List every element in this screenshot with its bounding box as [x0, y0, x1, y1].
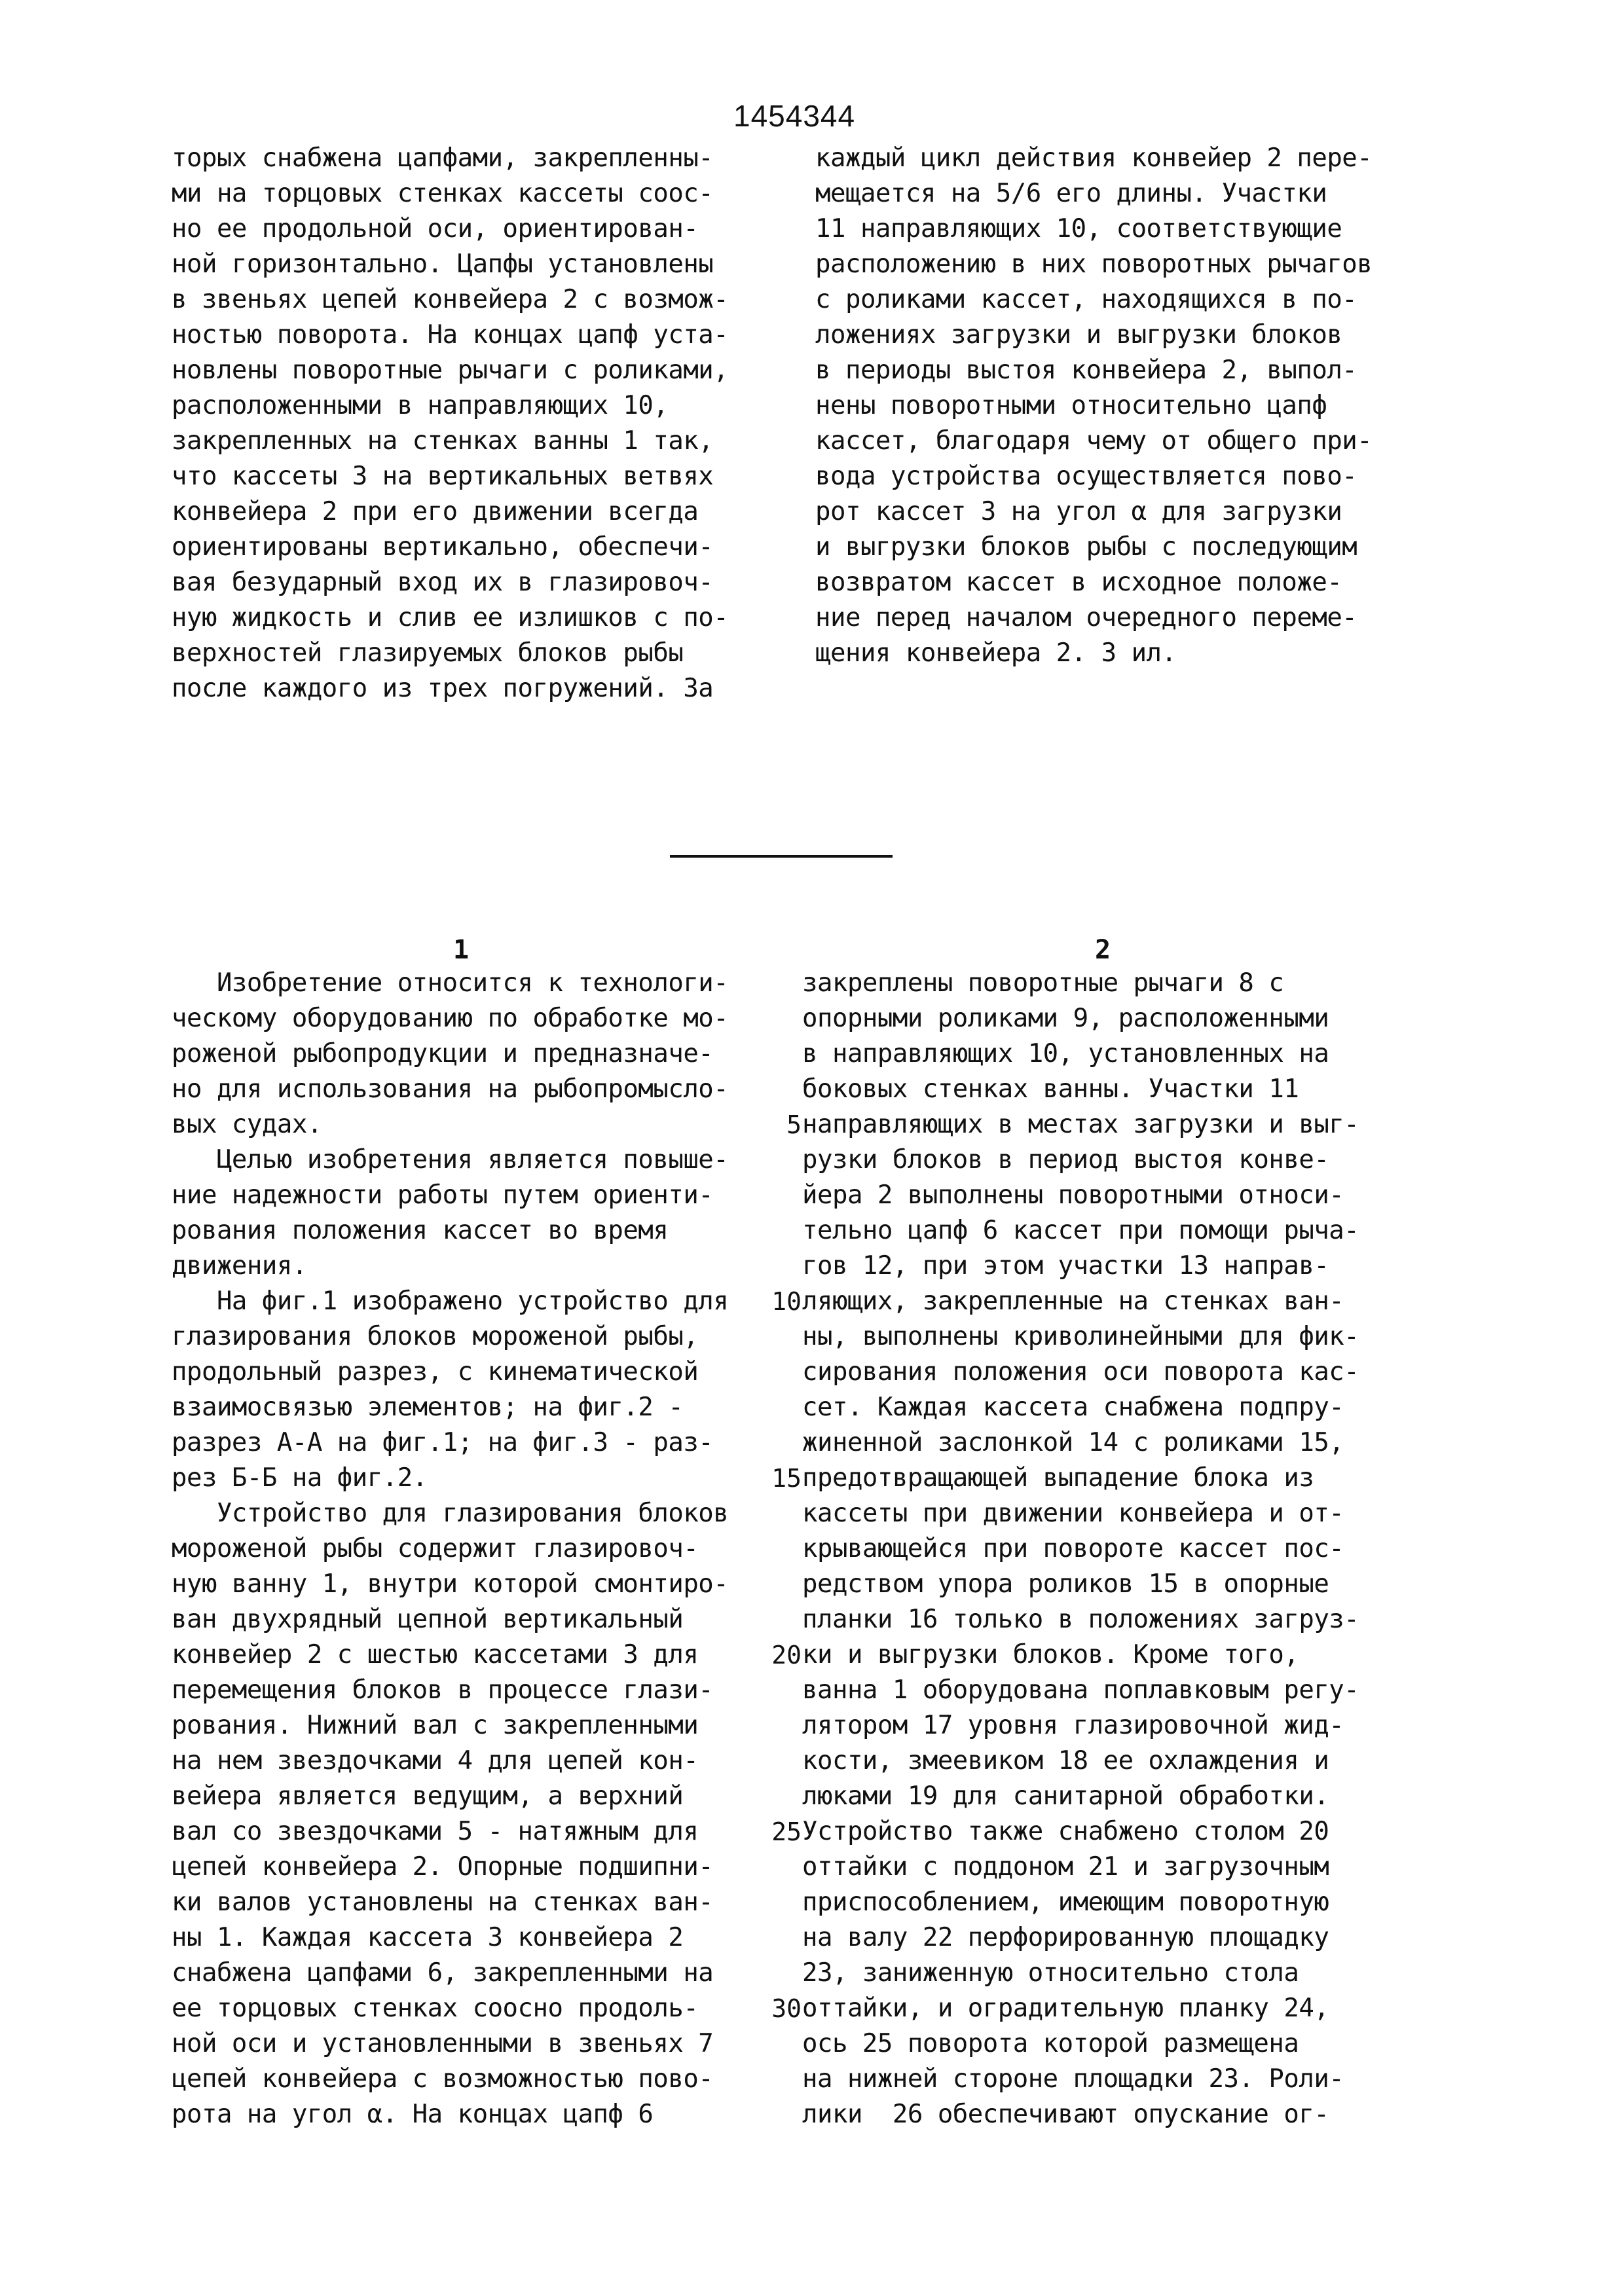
patent-number: 1454344 — [733, 98, 855, 134]
text-line: Целью изобретения является повыше- — [172, 1142, 728, 1178]
text-line: Изобретение относится к технологи- — [172, 966, 728, 1001]
text-line: но для использования на рыбопромысло- — [172, 1072, 728, 1107]
text-line: и выгрузки блоков рыбы с последующим — [815, 530, 1372, 565]
text-line: возвратом кассет в исходное положе- — [815, 565, 1372, 600]
text-line: кассеты при движении конвейера и от- — [802, 1496, 1359, 1531]
text-line: на нем звездочками 4 для цепей кон- — [172, 1743, 728, 1779]
text-line: ляющих, закрепленные на стенках ван- — [802, 1284, 1359, 1319]
abstract-left-column: торых снабжена цапфами, закрепленны-ми н… — [172, 141, 728, 706]
text-line: роженой рыбопродукции и предназначе- — [172, 1036, 728, 1072]
text-line: на нижней стороне площадки 23. Роли- — [802, 2062, 1359, 2097]
text-line: перемещения блоков в процессе глази- — [172, 1673, 728, 1708]
text-line: ной горизонтально. Цапфы установлены — [172, 247, 728, 282]
description-column-2: закреплены поворотные рычаги 8 сопорными… — [802, 966, 1359, 2132]
text-line: 23, заниженную относительно стола — [802, 1956, 1359, 1991]
text-line: ось 25 поворота которой размещена — [802, 2026, 1359, 2062]
text-line: люками 19 для санитарной обработки. — [802, 1779, 1359, 1814]
text-line: в звеньях цепей конвейера 2 с возмож- — [172, 282, 728, 318]
text-line: оттайки, и оградительную планку 24, — [802, 1991, 1359, 2026]
section-divider — [670, 855, 893, 858]
text-line: ны 1. Каждая кассета 3 конвейера 2 — [172, 1920, 728, 1956]
text-line: новлены поворотные рычаги с роликами, — [172, 353, 728, 388]
text-line: что кассеты 3 на вертикальных ветвях — [172, 459, 728, 494]
text-line: ностью поворота. На концах цапф уста- — [172, 318, 728, 353]
text-line: мороженой рыбы содержит глазировоч- — [172, 1531, 728, 1567]
text-line: йера 2 выполнены поворотными относи- — [802, 1178, 1359, 1213]
text-line: глазирования блоков мороженой рыбы, — [172, 1319, 728, 1355]
text-line: расположению в них поворотных рычагов — [815, 247, 1372, 282]
text-line: ван двухрядный цепной вертикальный — [172, 1602, 728, 1637]
text-line: кассет, благодаря чему от общего при- — [815, 424, 1372, 459]
text-line: сет. Каждая кассета снабжена подпру- — [802, 1390, 1359, 1425]
text-line: ны, выполнены криволинейными для фик- — [802, 1319, 1359, 1355]
description-column-1: Изобретение относится к технологи-ческом… — [172, 966, 728, 2132]
column-number-1: 1 — [453, 935, 469, 965]
text-line: цепей конвейера с возможностью пово- — [172, 2062, 728, 2097]
text-line: ми на торцовых стенках кассеты соос- — [172, 176, 728, 211]
text-line: рот кассет 3 на угол α для загрузки — [815, 494, 1372, 530]
line-number: 30 — [771, 1991, 802, 2026]
text-line: после каждого из трех погружений. За — [172, 671, 728, 706]
text-line: ки валов установлены на стенках ван- — [172, 1885, 728, 1920]
text-line: боковых стенках ванны. Участки 11 — [802, 1072, 1359, 1107]
text-line: кости, змеевиком 18 ее охлаждения и — [802, 1743, 1359, 1779]
line-number: 15 — [771, 1461, 802, 1496]
text-line: закрепленных на стенках ванны 1 так, — [172, 424, 728, 459]
text-line: ее торцовых стенках соосно продоль- — [172, 1991, 728, 2026]
text-line: каждый цикл действия конвейер 2 пере- — [815, 141, 1372, 176]
text-line: рования положения кассет во время — [172, 1213, 728, 1248]
text-line: щения конвейера 2. 3 ил. — [815, 636, 1372, 671]
text-line: сирования положения оси поворота кас- — [802, 1355, 1359, 1390]
text-line: крывающейся при повороте кассет пос- — [802, 1531, 1359, 1567]
line-number: 20 — [771, 1637, 802, 1673]
text-line: с роликами кассет, находящихся в по- — [815, 282, 1372, 318]
text-line: конвейера 2 при его движении всегда — [172, 494, 728, 530]
text-line: ную ванну 1, внутри которой смонтиро- — [172, 1567, 728, 1602]
text-line: закреплены поворотные рычаги 8 с — [802, 966, 1359, 1001]
text-line: редством упора роликов 15 в опорные — [802, 1567, 1359, 1602]
text-line: оттайки с поддоном 21 и загрузочным — [802, 1850, 1359, 1885]
text-line: мещается на 5/6 его длины. Участки — [815, 176, 1372, 211]
text-line: вал со звездочками 5 - натяжным для — [172, 1814, 728, 1850]
text-line: расположенными в направляющих 10, — [172, 388, 728, 424]
text-line: ной оси и установленными в звеньях 7 — [172, 2026, 728, 2062]
text-line: ние перед началом очередного переме- — [815, 600, 1372, 636]
text-line: конвейер 2 с шестью кассетами 3 для — [172, 1637, 728, 1673]
text-line: в направляющих 10, установленных на — [802, 1036, 1359, 1072]
text-line: цепей конвейера 2. Опорные подшипни- — [172, 1850, 728, 1885]
text-line: вых судах. — [172, 1107, 728, 1142]
line-number: 5 — [786, 1107, 802, 1142]
text-line: 11 направляющих 10, соответствующие — [815, 211, 1372, 247]
text-line: ную жидкость и слив ее излишков с по- — [172, 600, 728, 636]
text-line: опорными роликами 9, расположенными — [802, 1001, 1359, 1036]
text-line: лятором 17 уровня глазировочной жид- — [802, 1708, 1359, 1743]
text-line: рузки блоков в период выстоя конве- — [802, 1142, 1359, 1178]
text-line: На фиг.1 изображено устройство для — [172, 1284, 728, 1319]
text-line: планки 16 только в положениях загруз- — [802, 1602, 1359, 1637]
text-line: торых снабжена цапфами, закрепленны- — [172, 141, 728, 176]
text-line: рования. Нижний вал с закрепленными — [172, 1708, 728, 1743]
text-line: снабжена цапфами 6, закрепленными на — [172, 1956, 728, 1991]
text-line: движения. — [172, 1248, 728, 1284]
text-line: но ее продольной оси, ориентирован- — [172, 211, 728, 247]
text-line: Устройство также снабжено столом 20 — [802, 1814, 1359, 1850]
text-line: лики 26 обеспечивают опускание ог- — [802, 2097, 1359, 2132]
text-line: взаимосвязью элементов; на фиг.2 - — [172, 1390, 728, 1425]
line-number: 10 — [771, 1284, 802, 1319]
text-line: жиненной заслонкой 14 с роликами 15, — [802, 1425, 1359, 1461]
text-line: ческому оборудованию по обработке мо- — [172, 1001, 728, 1036]
text-line: гов 12, при этом участки 13 направ- — [802, 1248, 1359, 1284]
text-line: рез Б-Б на фиг.2. — [172, 1461, 728, 1496]
text-line: вая безударный вход их в глазировоч- — [172, 565, 728, 600]
text-line: ки и выгрузки блоков. Кроме того, — [802, 1637, 1359, 1673]
text-line: ние надежности работы путем ориенти- — [172, 1178, 728, 1213]
text-line: предотвращающей выпадение блока из — [802, 1461, 1359, 1496]
text-line: вейера является ведущим, а верхний — [172, 1779, 728, 1814]
abstract-right-column: каждый цикл действия конвейер 2 пере-мещ… — [815, 141, 1372, 671]
text-line: в периоды выстоя конвейера 2, выпол- — [815, 353, 1372, 388]
text-line: приспособлением, имеющим поворотную — [802, 1885, 1359, 1920]
text-line: на валу 22 перфорированную площадку — [802, 1920, 1359, 1956]
text-line: вода устройства осуществляется пово- — [815, 459, 1372, 494]
text-line: верхностей глазируемых блоков рыбы — [172, 636, 728, 671]
text-line: разрез А-А на фиг.1; на фиг.3 - раз- — [172, 1425, 728, 1461]
text-line: Устройство для глазирования блоков — [172, 1496, 728, 1531]
text-line: направляющих в местах загрузки и выг- — [802, 1107, 1359, 1142]
text-line: ванна 1 оборудована поплавковым регу- — [802, 1673, 1359, 1708]
text-line: ориентированы вертикально, обеспечи- — [172, 530, 728, 565]
text-line: ложениях загрузки и выгрузки блоков — [815, 318, 1372, 353]
column-number-2: 2 — [1095, 935, 1111, 965]
text-line: рота на угол α. На концах цапф 6 — [172, 2097, 728, 2132]
text-line: нены поворотными относительно цапф — [815, 388, 1372, 424]
line-number: 25 — [771, 1814, 802, 1850]
text-line: тельно цапф 6 кассет при помощи рыча- — [802, 1213, 1359, 1248]
text-line: продольный разрез, с кинематической — [172, 1355, 728, 1390]
